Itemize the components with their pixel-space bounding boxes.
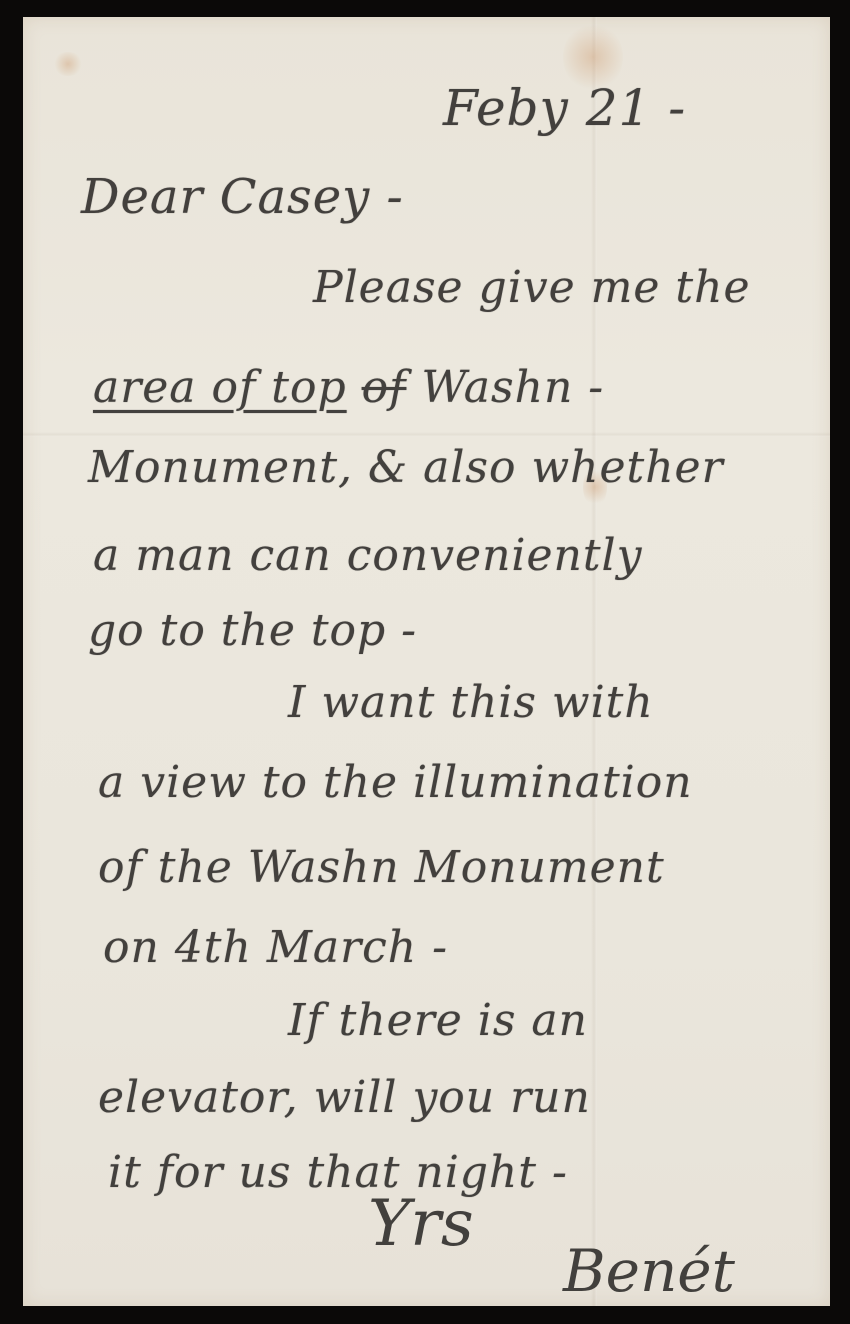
letter-body-line: on 4th March - [103, 922, 448, 973]
letter-body-line: go to the top - [88, 605, 417, 656]
letter-body-line: of the Washn Monument [98, 842, 665, 893]
letter-body-line: Please give me the [313, 262, 750, 313]
letter-body-line: a view to the illumination [98, 757, 693, 808]
letter-body-line: area of top of Washn - [93, 362, 604, 413]
struck-text: of [362, 362, 407, 413]
letter-closing: Yrs [368, 1187, 474, 1261]
letter-body-line: Monument, & also whether [88, 442, 724, 493]
letter-paper: Feby 21 - Dear Casey - Please give me th… [23, 17, 830, 1306]
letter-signature: Benét [563, 1237, 735, 1305]
underlined-text: area of top [93, 362, 347, 413]
horizontal-fold [23, 432, 830, 437]
letter-body-line: it for us that night - [108, 1147, 568, 1198]
letter-body-line: elevator, will you run [98, 1072, 591, 1123]
letter-body-line: a man can conveniently [93, 530, 642, 581]
paper-stain [53, 52, 83, 76]
letter-body-line: I want this with [288, 677, 654, 728]
vertical-fold [591, 17, 597, 1306]
letter-salutation: Dear Casey - [81, 169, 404, 225]
letter-date: Feby 21 - [443, 79, 686, 137]
letter-body-line: If there is an [288, 995, 588, 1046]
